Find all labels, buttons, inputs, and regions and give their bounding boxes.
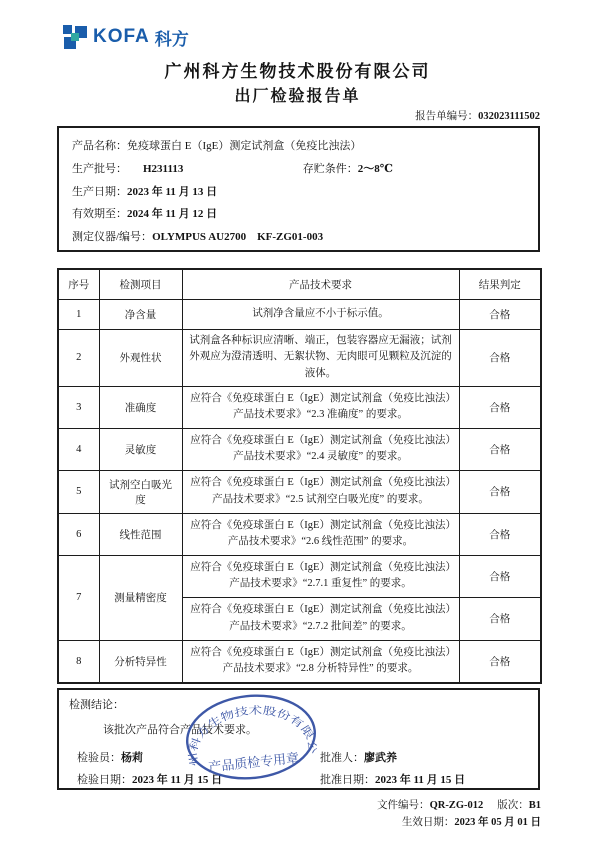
sign-date-row: 检验日期：2023 年 11 月 15 日 批准日期：2023 年 11 月 1…	[77, 771, 526, 787]
table-row: 2 外观性状 试剂盒各种标识应清晰、端正，包装容器应无漏液；试剂外观应为澄清透明…	[58, 329, 541, 386]
approve-date-value: 2023 年 11 月 15 日	[375, 774, 465, 786]
cell-seq: 1	[58, 299, 99, 329]
col-header-item: 检测项目	[99, 269, 182, 299]
table-row: 5 试剂空白吸光度 应符合《免疫球蛋白 E（IgE）测定试剂盒（免疫比浊法）产品…	[58, 470, 541, 513]
cell-requirement: 应符合《免疫球蛋白 E（IgE）测定试剂盒（免疫比浊法）产品技术要求》“2.7.…	[182, 597, 459, 640]
production-date-value: 2023 年 11 月 13 日	[127, 186, 217, 198]
table-row: 3 准确度 应符合《免疫球蛋白 E（IgE）测定试剂盒（免疫比浊法）产品技术要求…	[58, 386, 541, 428]
instrument-value: OLYMPUS AU2700 KF-ZG01-003	[152, 231, 323, 243]
cell-requirement: 应符合《免疫球蛋白 E（IgE）测定试剂盒（免疫比浊法）产品技术要求》“2.5 …	[182, 470, 459, 513]
expiry-date-value: 2024 年 11 月 12 日	[127, 208, 217, 220]
doc-number-label: 文件编号：	[377, 800, 430, 811]
cell-item: 试剂空白吸光度	[99, 470, 182, 513]
cell-result: 合格	[459, 329, 541, 386]
cell-item: 测量精密度	[99, 555, 182, 640]
logo-text-cjk: 科方	[155, 25, 189, 50]
cell-result: 合格	[459, 386, 541, 428]
cell-result: 合格	[459, 470, 541, 513]
approve-date-label: 批准日期：	[320, 774, 375, 786]
company-name-title: 广州科方生物技术股份有限公司	[0, 57, 595, 82]
cell-requirement: 试剂净含量应不小于标示值。	[182, 299, 459, 329]
inspector-label: 检验员：	[77, 752, 121, 764]
storage-label: 存贮条件：	[303, 163, 358, 175]
table-row: 1 净含量 试剂净含量应不小于标示值。 合格	[58, 299, 541, 329]
col-header-seq: 序号	[58, 269, 99, 299]
conclusion-label: 检测结论：	[69, 696, 124, 712]
cell-result: 合格	[459, 640, 541, 683]
approver-name: 廖武养	[364, 752, 397, 764]
cell-seq: 3	[58, 386, 99, 428]
cell-item: 分析特异性	[99, 640, 182, 683]
batch-value: H231113	[143, 163, 183, 175]
cell-result: 合格	[459, 299, 541, 329]
document-footer: 文件编号：QR-ZG-012版次：B1 生效日期：2023 年 05 月 01 …	[377, 797, 541, 832]
col-header-requirement: 产品技术要求	[182, 269, 459, 299]
cell-item: 灵敏度	[99, 428, 182, 470]
effective-date-line: 生效日期：2023 年 05 月 01 日	[377, 814, 541, 831]
batch-label: 生产批号：	[72, 163, 127, 175]
batch-storage-line: 生产批号：H231113 存贮条件：2～8℃	[72, 160, 526, 176]
cell-result: 合格	[459, 597, 541, 640]
cell-requirement: 应符合《免疫球蛋白 E（IgE）测定试剂盒（免疫比浊法）产品技术要求》“2.6 …	[182, 513, 459, 555]
signer-row: 检验员：杨莉 批准人：廖武养	[77, 749, 526, 765]
cell-item: 准确度	[99, 386, 182, 428]
version-label: 版次：	[497, 800, 529, 811]
effective-date-label: 生效日期：	[402, 817, 455, 828]
cell-result: 合格	[459, 555, 541, 597]
inspector-name: 杨莉	[121, 752, 143, 764]
production-date-line: 生产日期：2023 年 11 月 13 日	[72, 183, 526, 199]
cell-requirement: 应符合《免疫球蛋白 E（IgE）测定试剂盒（免疫比浊法）产品技术要求》“2.8 …	[182, 640, 459, 683]
cell-requirement: 试剂盒各种标识应清晰、端正，包装容器应无漏液；试剂外观应为澄清透明、无絮状物、无…	[182, 329, 459, 386]
instrument-line: 测定仪器/编号：OLYMPUS AU2700 KF-ZG01-003	[72, 228, 526, 244]
table-row: 7 测量精密度 应符合《免疫球蛋白 E（IgE）测定试剂盒（免疫比浊法）产品技术…	[58, 555, 541, 597]
table-row: 6 线性范围 应符合《免疫球蛋白 E（IgE）测定试剂盒（免疫比浊法）产品技术要…	[58, 513, 541, 555]
cell-requirement: 应符合《免疫球蛋白 E（IgE）测定试剂盒（免疫比浊法）产品技术要求》“2.4 …	[182, 428, 459, 470]
report-number-line: 报告单编号：032023111502	[415, 108, 540, 123]
product-name-line: 产品名称：免疫球蛋白 E（IgE）测定试剂盒（免疫比浊法）	[72, 137, 526, 153]
cell-seq: 2	[58, 329, 99, 386]
report-number-value: 032023111502	[478, 111, 540, 122]
cell-result: 合格	[459, 428, 541, 470]
expiry-date-line: 有效期至：2024 年 11 月 12 日	[72, 205, 526, 221]
document-title: 出厂检验报告单	[0, 83, 595, 106]
product-name-label: 产品名称：	[72, 140, 127, 152]
inspect-date-label: 检验日期：	[77, 774, 132, 786]
cell-requirement: 应符合《免疫球蛋白 E（IgE）测定试剂盒（免疫比浊法）产品技术要求》“2.3 …	[182, 386, 459, 428]
cell-seq: 7	[58, 555, 99, 640]
doc-number-value: QR-ZG-012	[430, 800, 484, 811]
version-value: B1	[529, 800, 541, 811]
storage-value: 2～8℃	[358, 163, 393, 175]
cell-requirement: 应符合《免疫球蛋白 E（IgE）测定试剂盒（免疫比浊法）产品技术要求》“2.7.…	[182, 555, 459, 597]
instrument-label: 测定仪器/编号：	[72, 231, 152, 243]
cell-item: 净含量	[99, 299, 182, 329]
doc-number-line: 文件编号：QR-ZG-012版次：B1	[377, 797, 541, 814]
inspection-report-page: KOFA 科方 广州科方生物技术股份有限公司 出厂检验报告单 报告单编号：032…	[0, 0, 595, 842]
inspect-date-value: 2023 年 11 月 15 日	[132, 774, 222, 786]
production-date-label: 生产日期：	[72, 186, 127, 198]
cell-seq: 8	[58, 640, 99, 683]
company-logo: KOFA 科方	[62, 24, 189, 50]
conclusion-box: 检测结论： 该批次产品符合产品技术要求。 检验员：杨莉 批准人：廖武养 检验日期…	[57, 688, 540, 790]
product-info-box: 产品名称：免疫球蛋白 E（IgE）测定试剂盒（免疫比浊法） 生产批号：H2311…	[57, 126, 540, 252]
cell-item: 外观性状	[99, 329, 182, 386]
logo-text-latin: KOFA	[93, 26, 150, 48]
cell-seq: 5	[58, 470, 99, 513]
expiry-date-label: 有效期至：	[72, 208, 127, 220]
conclusion-text: 该批次产品符合产品技术要求。	[103, 721, 257, 737]
kofa-logo-icon	[62, 24, 88, 50]
cell-seq: 4	[58, 428, 99, 470]
product-name-value: 免疫球蛋白 E（IgE）测定试剂盒（免疫比浊法）	[127, 140, 361, 152]
approver-label: 批准人：	[320, 752, 364, 764]
test-items-table: 序号 检测项目 产品技术要求 结果判定 1 净含量 试剂净含量应不小于标示值。 …	[57, 268, 542, 684]
cell-item: 线性范围	[99, 513, 182, 555]
table-row: 4 灵敏度 应符合《免疫球蛋白 E（IgE）测定试剂盒（免疫比浊法）产品技术要求…	[58, 428, 541, 470]
table-header-row: 序号 检测项目 产品技术要求 结果判定	[58, 269, 541, 299]
cell-result: 合格	[459, 513, 541, 555]
cell-seq: 6	[58, 513, 99, 555]
effective-date-value: 2023 年 05 月 01 日	[454, 817, 541, 828]
col-header-result: 结果判定	[459, 269, 541, 299]
report-number-label: 报告单编号：	[415, 111, 478, 122]
table-row: 8 分析特异性 应符合《免疫球蛋白 E（IgE）测定试剂盒（免疫比浊法）产品技术…	[58, 640, 541, 683]
